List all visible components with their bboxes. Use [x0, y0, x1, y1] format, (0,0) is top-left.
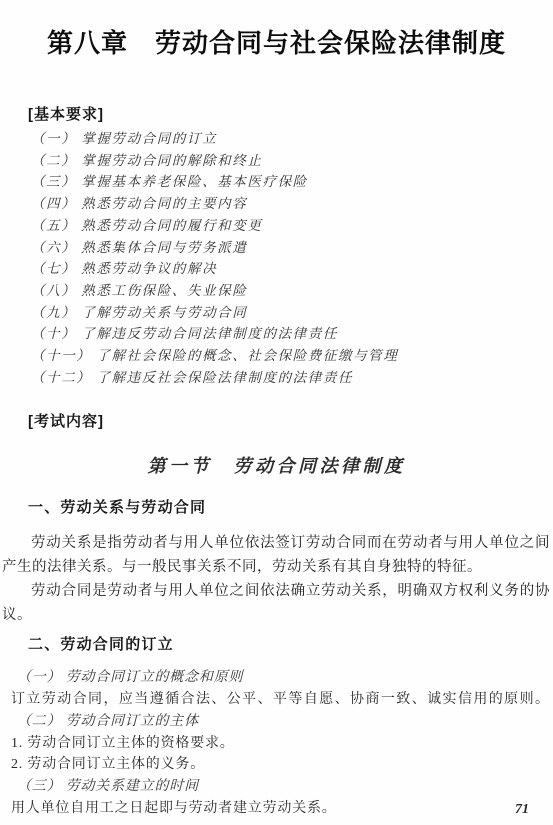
requirement-item-4: （四） 熟悉劳动合同的主要内容 — [31, 193, 553, 215]
subsection-heading-2: 二、劳动合同的订立 — [28, 635, 553, 655]
point-1-title: （一） 劳动合同订立的概念和原则 — [17, 667, 553, 689]
subsection-2-content: （一） 劳动合同订立的概念和原则 订立劳动合同，应当遵循合法、公平、平等自愿、协… — [0, 667, 553, 819]
point-2-item-2: 2. 劳动合同订立主体的义务。 — [11, 754, 553, 776]
requirement-item-5: （五） 熟悉劳动合同的履行和变更 — [31, 215, 553, 237]
document-page: 第八章 劳动合同与社会保险法律制度 [基本要求] （一） 掌握劳动合同的订立 （… — [0, 0, 553, 825]
requirement-item-3: （三） 掌握基本养老保险、基本医疗保险 — [31, 171, 553, 193]
requirement-item-1: （一） 掌握劳动合同的订立 — [31, 128, 553, 150]
requirement-item-12: （十二） 了解违反社会保险法律制度的法律责任 — [31, 367, 553, 389]
requirement-item-10: （十） 了解违反劳动合同法律制度的法律责任 — [31, 323, 553, 345]
requirement-item-7: （七） 熟悉劳动争议的解决 — [31, 258, 553, 280]
subsection-heading-1: 一、劳动关系与劳动合同 — [28, 498, 553, 518]
basic-requirements-list: （一） 掌握劳动合同的订立 （二） 掌握劳动合同的解除和终止 （三） 掌握基本养… — [31, 128, 553, 388]
point-3-text: 用人单位自用工之日起即与劳动者建立劳动关系。 — [11, 798, 553, 820]
section-title: 第一节 劳动合同法律制度 — [0, 453, 553, 479]
point-1-text: 订立劳动合同，应当遵循合法、公平、平等自愿、协商一致、诚实信用的原则。 — [11, 689, 549, 711]
requirement-item-9: （九） 了解劳动关系与劳动合同 — [31, 302, 553, 324]
basic-requirements-heading: [基本要求] — [28, 105, 553, 125]
requirement-item-2: （二） 掌握劳动合同的解除和终止 — [31, 150, 553, 172]
point-2-item-1: 1. 劳动合同订立主体的资格要求。 — [11, 733, 553, 755]
point-2-title: （二） 劳动合同订立的主体 — [17, 711, 553, 733]
requirement-item-11: （十一） 了解社会保险的概念、社会保险费征缴与管理 — [31, 345, 553, 367]
page-number: 71 — [515, 802, 529, 818]
point-3-title: （三） 劳动关系建立的时间 — [17, 776, 553, 798]
requirement-item-6: （六） 熟悉集体合同与劳务派遣 — [31, 237, 553, 259]
requirement-item-8: （八） 熟悉工伤保险、失业保险 — [31, 280, 553, 302]
exam-content-heading: [考试内容] — [28, 412, 553, 432]
paragraph-labor-relation: 劳动关系是指劳动者与用人单位依法签订劳动合同而在劳动者与用人单位之间产生的法律关… — [2, 531, 550, 579]
chapter-title: 第八章 劳动合同与社会保险法律制度 — [0, 0, 553, 61]
paragraph-labor-contract: 劳动合同是劳动者与用人单位之间依法确立劳动关系，明确双方权利义务的协议。 — [2, 579, 550, 627]
